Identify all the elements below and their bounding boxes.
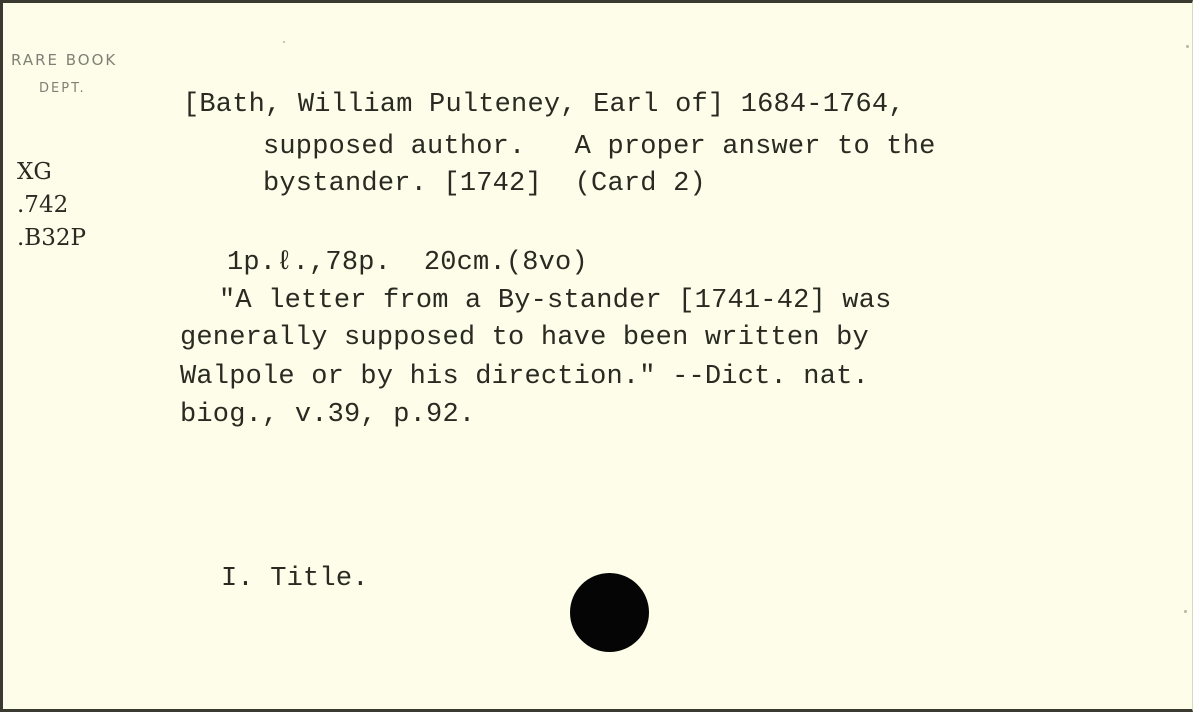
note-line-2: generally supposed to have been written … (180, 320, 869, 356)
dept-stamp: DEPT. (39, 81, 86, 96)
call-number-cutter: .B32P (17, 222, 86, 255)
heading-line-3: bystander. [1742] (Card 2) (263, 166, 706, 202)
heading-line-2: supposed author. A proper answer to the (263, 129, 936, 165)
note-line-1: "A letter from a By-stander [1741-42] wa… (219, 283, 892, 319)
tracing-title: I. Title. (221, 561, 369, 597)
paper-speck (283, 41, 285, 43)
rare-book-stamp: RARE BOOK (11, 51, 117, 69)
call-number-subclass: .742 (17, 189, 86, 222)
catalog-card: RARE BOOK DEPT. XG .742 .B32P [Bath, Wil… (0, 0, 1193, 712)
note-line-4: biog., v.39, p.92. (180, 397, 475, 433)
punch-hole (570, 573, 649, 652)
call-number: XG .742 .B32P (17, 156, 86, 255)
call-number-class: XG (17, 156, 86, 189)
heading-line-1: [Bath, William Pulteney, Earl of] 1684-1… (183, 87, 905, 123)
note-line-3: Walpole or by his direction." --Dict. na… (180, 359, 869, 395)
paper-speck (1186, 45, 1189, 48)
paper-speck (1184, 610, 1187, 613)
collation: 1p.ℓ.,78p. 20cm.(8vo) (227, 245, 588, 281)
